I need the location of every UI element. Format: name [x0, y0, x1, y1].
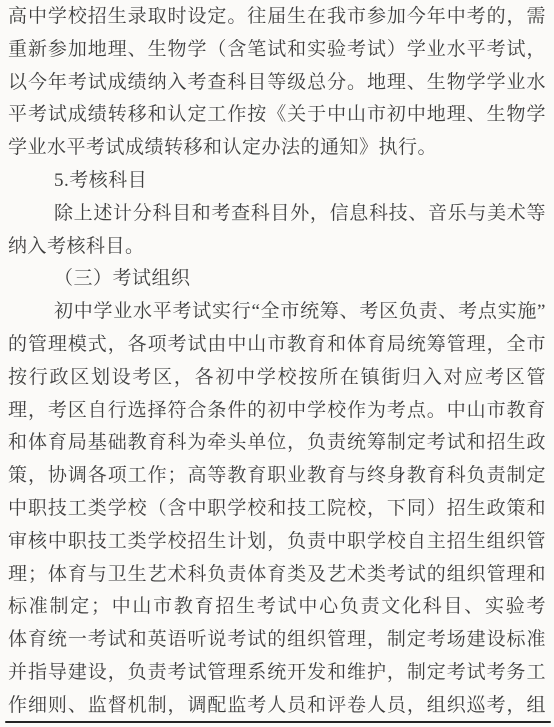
text-line: 审核中职技工类学校招生计划，负责中职学校自主招生组织管: [8, 526, 546, 559]
heading-section-3-exam-organization: （三）考试组织: [8, 263, 546, 296]
heading-item-5-assessment-subjects: 5.考核科目: [8, 165, 546, 198]
text-line: 理；体育与卫生艺术科负责体育类及艺术类考试的组织管理和: [8, 559, 546, 592]
text-line: 初中学业水平考试实行“全市统筹、考区负责、考点实施”: [8, 296, 546, 329]
text-line: 重新参加地理、生物学（含笔试和实验考试）学业水平考试，: [8, 34, 546, 67]
text-line: 按行政区划设考区，各初中学校按所在镇街归入对应考区管: [8, 362, 546, 395]
text-line: 以今年考试成绩纳入考查科目等级总分。地理、生物学学业水: [8, 67, 546, 100]
text-line: 和体育局基础教育科为牵头单位，负责统筹制定考试和招生政: [8, 427, 546, 460]
page-bottom-rule: [5, 721, 551, 723]
text-line: 平考试成绩转移和认定工作按《关于中山市初中地理、生物学: [8, 99, 546, 132]
text-line: 理，考区自行选择符合条件的初中学校作为考点。中山市教育: [8, 395, 546, 428]
text-line: 标准制定；中山市教育招生考试中心负责文化科目、实验考试、: [8, 591, 546, 624]
text-line: 高中学校招生录取时设定。往届生在我市参加今年中考的，需: [8, 1, 546, 34]
text-line: 并指导建设，负责考试管理系统开发和维护，制定考试考务工: [8, 657, 546, 690]
text-line: 纳入考核科目。: [8, 231, 546, 264]
text-line: 策，协调各项工作；高等教育职业教育与终身教育科负责制定: [8, 460, 546, 493]
scanned-document-page: 高中学校招生录取时设定。往届生在我市参加今年中考的，需 重新参加地理、生物学（含…: [0, 0, 554, 727]
text-line: 的管理模式，各项考试由中山市教育和体育局统筹管理，全市: [8, 329, 546, 362]
text-line: 除上述计分科目和考查科目外，信息科技、音乐与美术等: [8, 198, 546, 231]
text-line: 学业水平考试成绩转移和认定办法的通知》执行。: [8, 132, 546, 165]
text-line: 体育统一考试和英语听说考试的组织管理，制定考场建设标准: [8, 624, 546, 657]
text-line: 作细则、监督机制，调配监考人员和评卷人员，组织巡考，组: [8, 690, 546, 723]
text-line: 中职技工类学校（含中职学校和技工院校，下同）招生政策和: [8, 493, 546, 526]
